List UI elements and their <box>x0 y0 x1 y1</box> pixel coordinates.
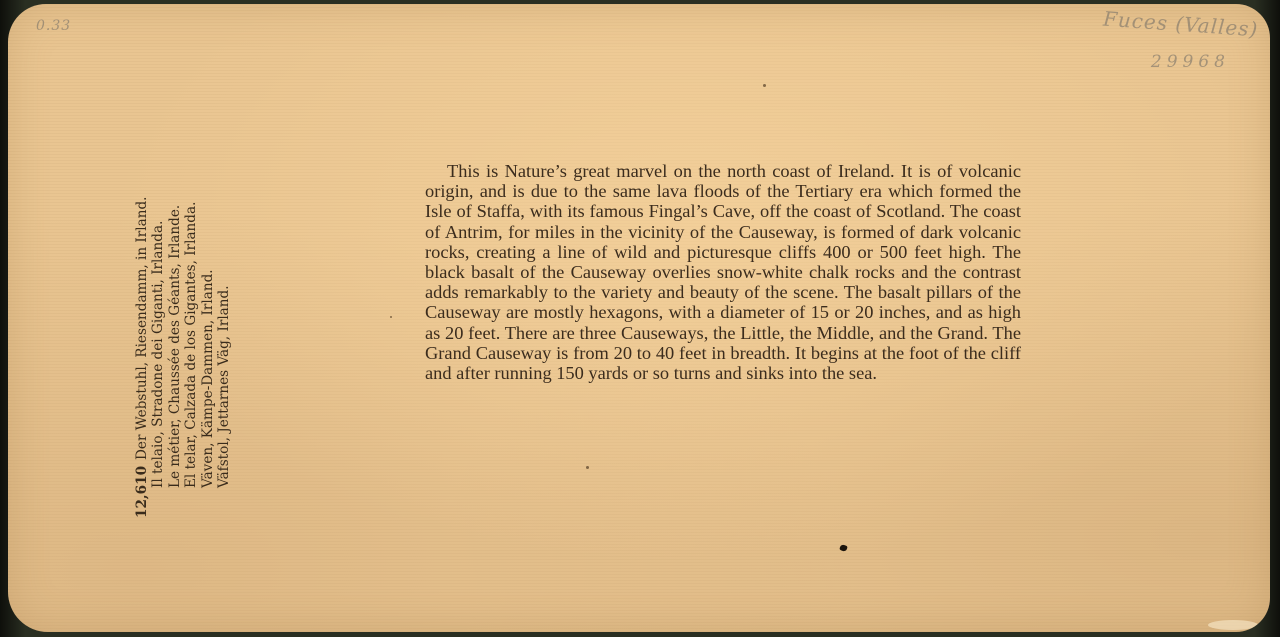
multilingual-caption: 12,610Der Webstuhl, Riesendamm, in Irlan… <box>134 197 232 519</box>
caption-line-swedish-alt: Väfstol, Jettarnes Väg, Irland. <box>216 197 232 519</box>
caption-line-italian: Il telaio, Stradone dei Giganti, Irlanda… <box>150 197 166 519</box>
catalog-number: 12,610 <box>134 466 150 518</box>
caption-line-french: Le métier, Chaussée des Géants, Irlande. <box>167 197 183 519</box>
ink-blot <box>839 544 848 552</box>
edge-wear <box>1208 620 1258 630</box>
stereograph-card-back: 0.33 Fuces (Valles) 29968 12,610Der Webs… <box>8 4 1270 632</box>
caption-line-spanish: El telar, Calzada de los Gigantes, Irlan… <box>183 197 199 519</box>
scan-background: 0.33 Fuces (Valles) 29968 12,610Der Webs… <box>0 0 1280 637</box>
description-text-block: This is Nature’s great marvel on the nor… <box>425 161 1021 383</box>
caption-line-german: 12,610Der Webstuhl, Riesendamm, in Irlan… <box>134 197 150 519</box>
paper-speck <box>763 84 766 87</box>
pencil-note-top-right-number: 29968 <box>1151 52 1230 72</box>
paper-speck <box>586 466 589 469</box>
paper-speck <box>390 316 392 318</box>
pencil-note-top-left: 0.33 <box>36 18 71 34</box>
description-paragraph: This is Nature’s great marvel on the nor… <box>425 161 1021 383</box>
caption-line-swedish: Väven, Kämpe-Dammen, Irland. <box>200 197 216 519</box>
pencil-note-top-right-name: Fuces (Valles) <box>1102 7 1259 42</box>
